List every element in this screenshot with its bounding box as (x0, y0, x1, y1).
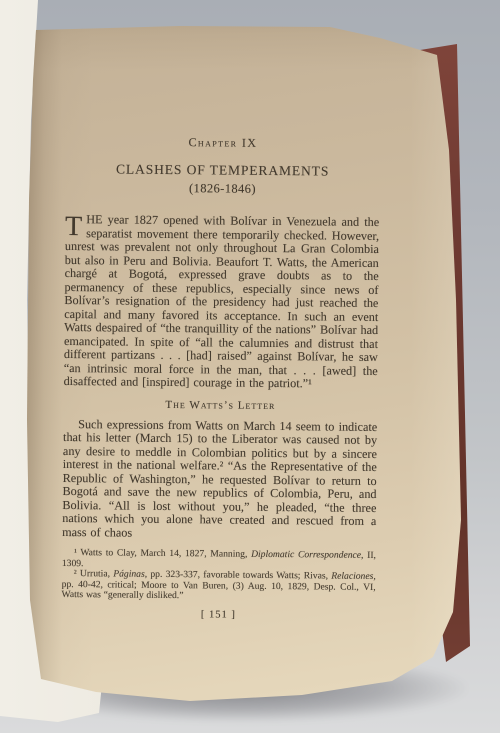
page-text-block: Chapter IX CLASHES OF TEMPERAMENTS (1826… (61, 134, 380, 622)
chapter-title: CLASHES OF TEMPERAMENTS (66, 161, 380, 180)
footnotes: ¹ Watts to Clay, March 14, 1827, Manning… (62, 548, 376, 604)
book-photo: Chapter IX CLASHES OF TEMPERAMENTS (1826… (0, 0, 500, 733)
footnote-2: ² Urrutia, Páginas, pp. 323-337, favorab… (62, 569, 376, 604)
paragraph-1-text: HE year 1827 opened with Bolívar in Vene… (64, 212, 380, 390)
footnote-2-seg-5: pp. 40-42, critical; Moore to Van Buren,… (62, 579, 376, 602)
footnote-2-seg-2: Páginas, (113, 569, 147, 580)
drop-cap: T (65, 213, 86, 239)
chapter-label: Chapter IX (66, 134, 380, 152)
footnote-1-seg-1: ¹ Watts to Clay, March 14, 1827, Manning… (74, 547, 251, 560)
chapter-date-range: (1826-1846) (65, 180, 379, 198)
section-heading: The Watts’s Letter (63, 397, 377, 412)
paragraph-2: Such expressions from Watts on March 14 … (62, 417, 377, 542)
paragraph-1: THE year 1827 opened with Bolívar in Ven… (64, 213, 380, 392)
footnote-1-seg-2: Diplomatic Correspondence, (251, 549, 363, 561)
